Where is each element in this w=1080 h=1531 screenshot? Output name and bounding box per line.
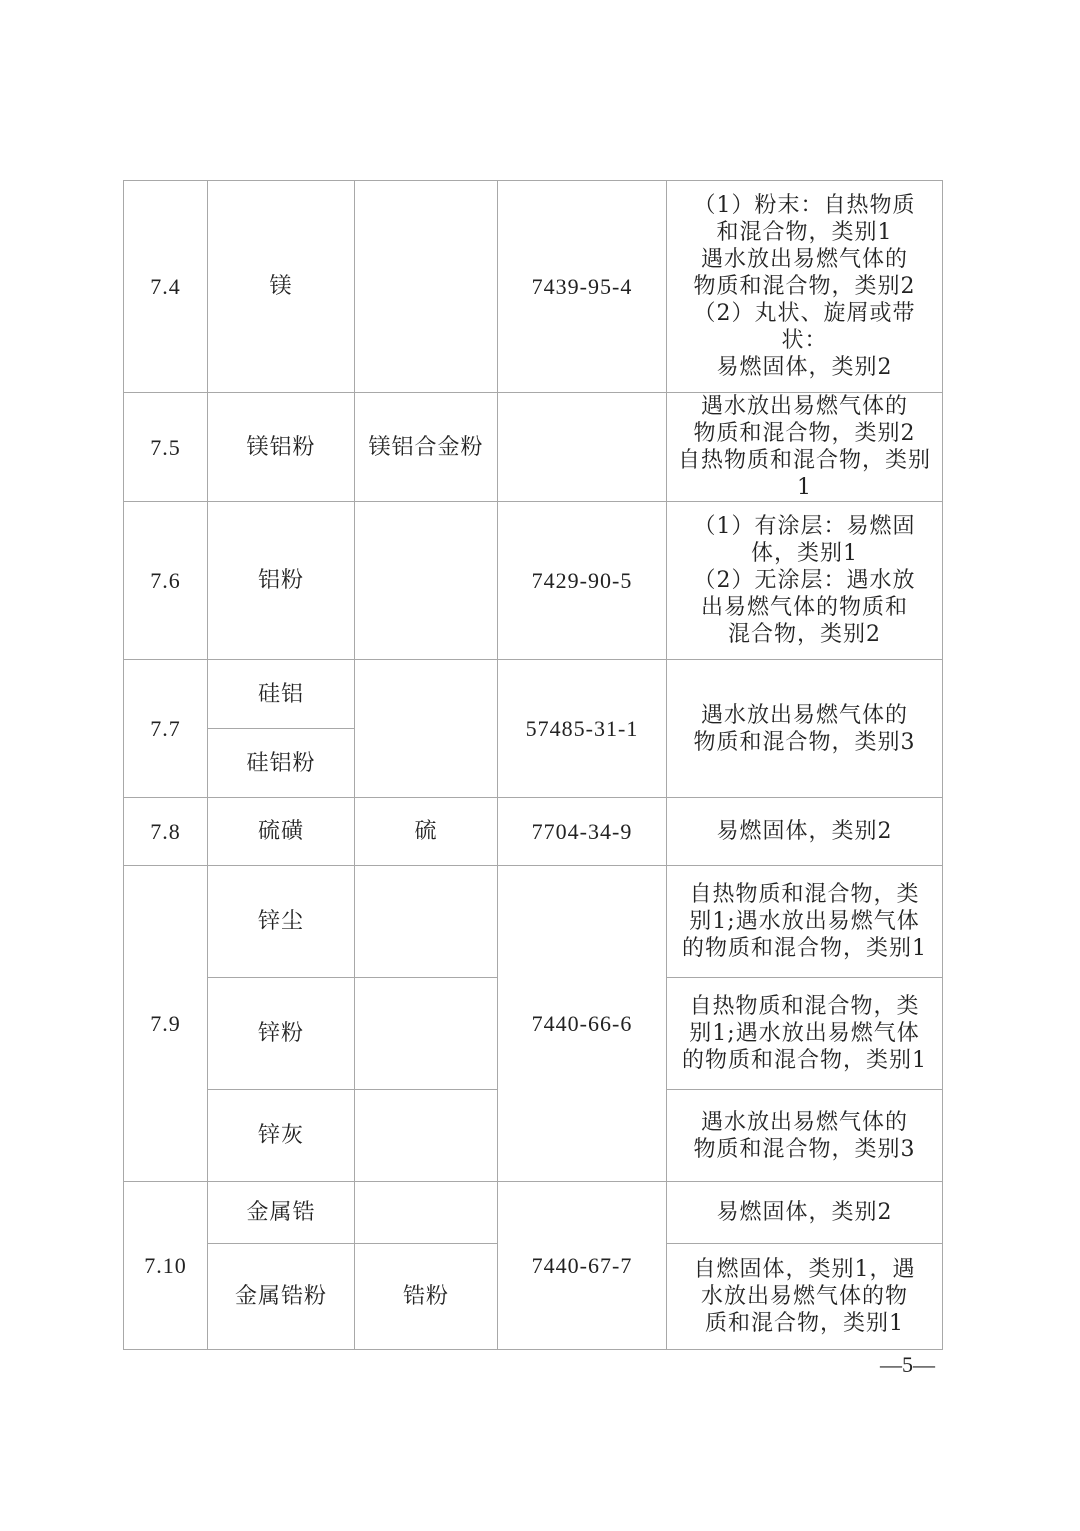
- table-row: 7.5 镁铝粉 镁铝合金粉 遇水放出易燃气体的 物质和混合物，类别2 自热物质和…: [124, 393, 943, 502]
- hazard-class: 自热物质和混合物，类 别1;遇水放出易燃气体 的物质和混合物，类别1: [667, 866, 943, 978]
- row-number: 7.9: [124, 866, 208, 1182]
- chemical-name: 金属锆粉: [208, 1244, 355, 1350]
- hazard-class: 自热物质和混合物，类 别1;遇水放出易燃气体 的物质和混合物，类别1: [667, 978, 943, 1090]
- chemical-alias: [355, 866, 498, 978]
- cas-number: 7429-90-5: [498, 502, 667, 660]
- table-row: 7.10 金属锆 7440-67-7 易燃固体，类别2: [124, 1182, 943, 1244]
- hazard-class: （1）有涂层：易燃固 体，类别1 （2）无涂层：遇水放 出易燃气体的物质和 混合…: [667, 502, 943, 660]
- chemical-name: 金属锆: [208, 1182, 355, 1244]
- hazard-class: 自燃固体，类别1，遇 水放出易燃气体的物 质和混合物，类别1: [667, 1244, 943, 1350]
- table-row: 7.8 硫磺 硫 7704-34-9 易燃固体，类别2: [124, 798, 943, 866]
- chemical-alias: [355, 660, 498, 798]
- hazard-class: 遇水放出易燃气体的 物质和混合物，类别3: [667, 660, 943, 798]
- chemical-alias: [355, 978, 498, 1090]
- chemical-alias: [355, 181, 498, 393]
- chemical-name: 硫磺: [208, 798, 355, 866]
- chemical-alias: [355, 1182, 498, 1244]
- hazard-class: （1）粉末：自热物质 和混合物，类别1 遇水放出易燃气体的 物质和混合物，类别2…: [667, 181, 943, 393]
- cas-number: 7439-95-4: [498, 181, 667, 393]
- chemical-alias: 硫: [355, 798, 498, 866]
- cas-number: 7440-67-7: [498, 1182, 667, 1350]
- table-row: 7.9 锌尘 7440-66-6 自热物质和混合物，类 别1;遇水放出易燃气体 …: [124, 866, 943, 978]
- cas-number: [498, 393, 667, 502]
- row-number: 7.10: [124, 1182, 208, 1350]
- chemical-name: 锌尘: [208, 866, 355, 978]
- row-number: 7.7: [124, 660, 208, 798]
- chemical-name: 硅铝: [208, 660, 355, 729]
- chemical-name: 镁: [208, 181, 355, 393]
- chemical-alias: [355, 502, 498, 660]
- hazard-class: 易燃固体，类别2: [667, 1182, 943, 1244]
- table-row: 7.6 铝粉 7429-90-5 （1）有涂层：易燃固 体，类别1 （2）无涂层…: [124, 502, 943, 660]
- row-number: 7.6: [124, 502, 208, 660]
- chemical-name: 锌粉: [208, 978, 355, 1090]
- chemical-name: 镁铝粉: [208, 393, 355, 502]
- page-number: —5—: [880, 1352, 935, 1378]
- chemical-name: 硅铝粉: [208, 729, 355, 798]
- hazard-class: 易燃固体，类别2: [667, 798, 943, 866]
- chemical-alias: 镁铝合金粉: [355, 393, 498, 502]
- cas-number: 57485-31-1: [498, 660, 667, 798]
- hazard-class: 遇水放出易燃气体的 物质和混合物，类别3: [667, 1090, 943, 1182]
- table-row: 7.4 镁 7439-95-4 （1）粉末：自热物质 和混合物，类别1 遇水放出…: [124, 181, 943, 393]
- row-number: 7.5: [124, 393, 208, 502]
- table-row: 7.7 硅铝 57485-31-1 遇水放出易燃气体的 物质和混合物，类别3: [124, 660, 943, 729]
- hazard-class: 遇水放出易燃气体的 物质和混合物，类别2 自热物质和混合物，类别1: [667, 393, 943, 502]
- chemical-name: 铝粉: [208, 502, 355, 660]
- cas-number: 7440-66-6: [498, 866, 667, 1182]
- cas-number: 7704-34-9: [498, 798, 667, 866]
- row-number: 7.4: [124, 181, 208, 393]
- chemical-name: 锌灰: [208, 1090, 355, 1182]
- chemicals-table: 7.4 镁 7439-95-4 （1）粉末：自热物质 和混合物，类别1 遇水放出…: [123, 180, 943, 1350]
- chemical-alias: [355, 1090, 498, 1182]
- chemical-alias: 锆粉: [355, 1244, 498, 1350]
- row-number: 7.8: [124, 798, 208, 866]
